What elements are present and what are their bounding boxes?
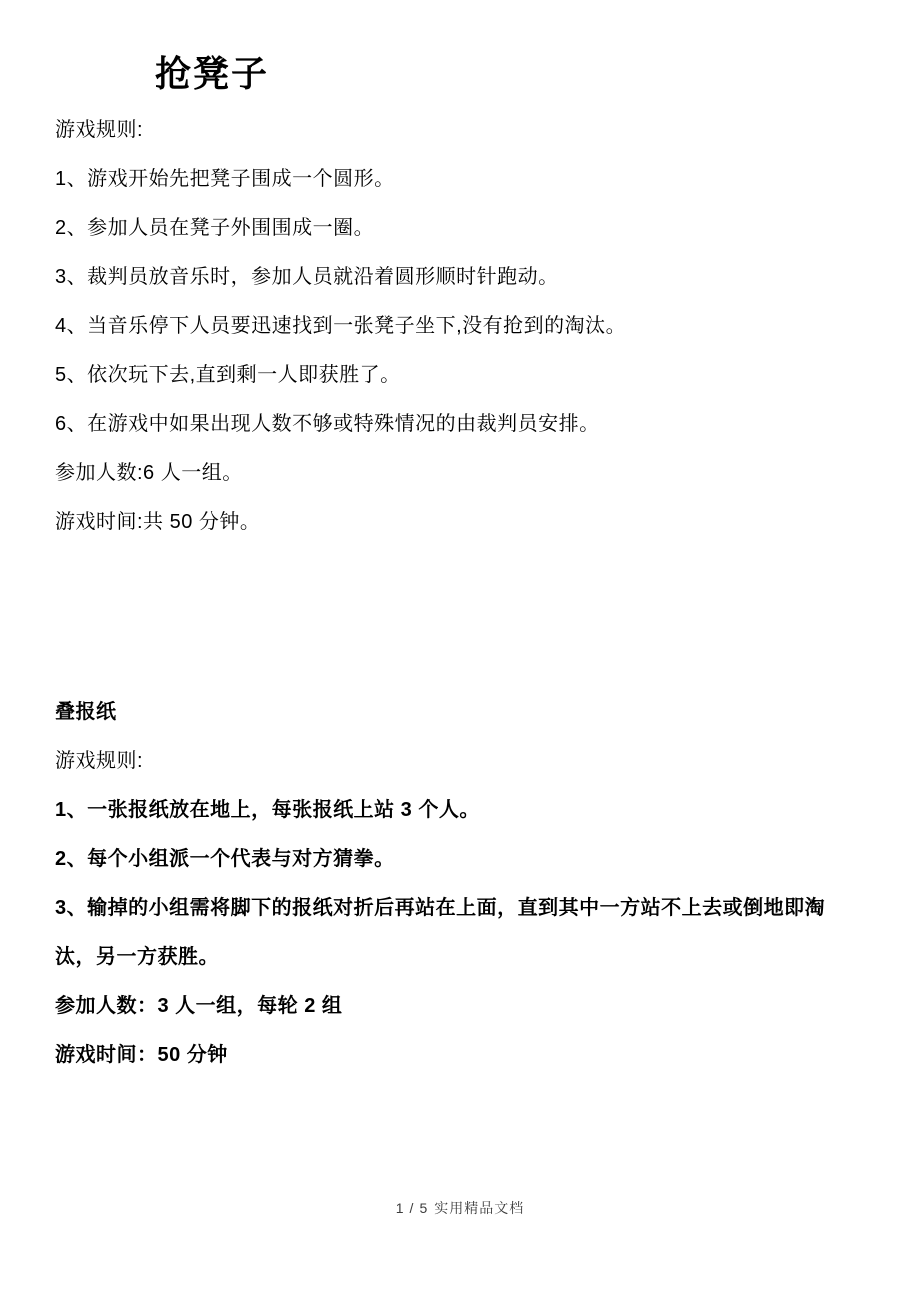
rule-item: 4、当音乐停下人员要迅速找到一张凳子坐下,没有抢到的淘汰。 (55, 302, 850, 351)
participants-line: 参加人数：3 人一组，每轮 2 组 (55, 982, 850, 1031)
rules-label: 游戏规则: (55, 737, 850, 786)
rule-item: 6、在游戏中如果出现人数不够或特殊情况的由裁判员安排。 (55, 400, 850, 449)
page-total: 5 (419, 1200, 428, 1216)
rule-item: 1、游戏开始先把凳子围成一个圆形。 (55, 155, 850, 204)
rules-label: 游戏规则: (55, 106, 850, 155)
rule-item: 2、参加人员在凳子外围围成一圈。 (55, 204, 850, 253)
document-page: 抢凳子 游戏规则: 1、游戏开始先把凳子围成一个圆形。 2、参加人员在凳子外围围… (0, 0, 920, 1302)
section-game-1: 游戏规则: 1、游戏开始先把凳子围成一个圆形。 2、参加人员在凳子外围围成一圈。… (55, 106, 850, 547)
section-divider-space (55, 547, 850, 680)
duration-line: 游戏时间:共 50 分钟。 (55, 498, 850, 547)
page-number: 1 (396, 1200, 405, 1216)
section-game-2: 叠报纸 游戏规则: 1、一张报纸放在地上，每张报纸上站 3 个人。 2、每个小组… (55, 688, 850, 1080)
rule-item: 3、输掉的小组需将脚下的报纸对折后再站在上面，直到其中一方站不上去或倒地即淘汰，… (55, 884, 850, 982)
doc-title: 抢凳子 (155, 50, 850, 98)
page-footer: 1/5实用精品文档 (0, 1198, 920, 1218)
footer-label: 实用精品文档 (434, 1200, 524, 1216)
rule-item: 2、每个小组派一个代表与对方猜拳。 (55, 835, 850, 884)
participants-line: 参加人数:6 人一组。 (55, 449, 850, 498)
duration-line: 游戏时间：50 分钟 (55, 1031, 850, 1080)
rule-item: 1、一张报纸放在地上，每张报纸上站 3 个人。 (55, 786, 850, 835)
section-heading: 叠报纸 (55, 688, 850, 737)
page-separator: / (410, 1200, 415, 1216)
rule-item: 3、裁判员放音乐时，参加人员就沿着圆形顺时针跑动。 (55, 253, 850, 302)
document-content: 抢凳子 游戏规则: 1、游戏开始先把凳子围成一个圆形。 2、参加人员在凳子外围围… (0, 50, 920, 1080)
rule-item: 5、依次玩下去,直到剩一人即获胜了。 (55, 351, 850, 400)
